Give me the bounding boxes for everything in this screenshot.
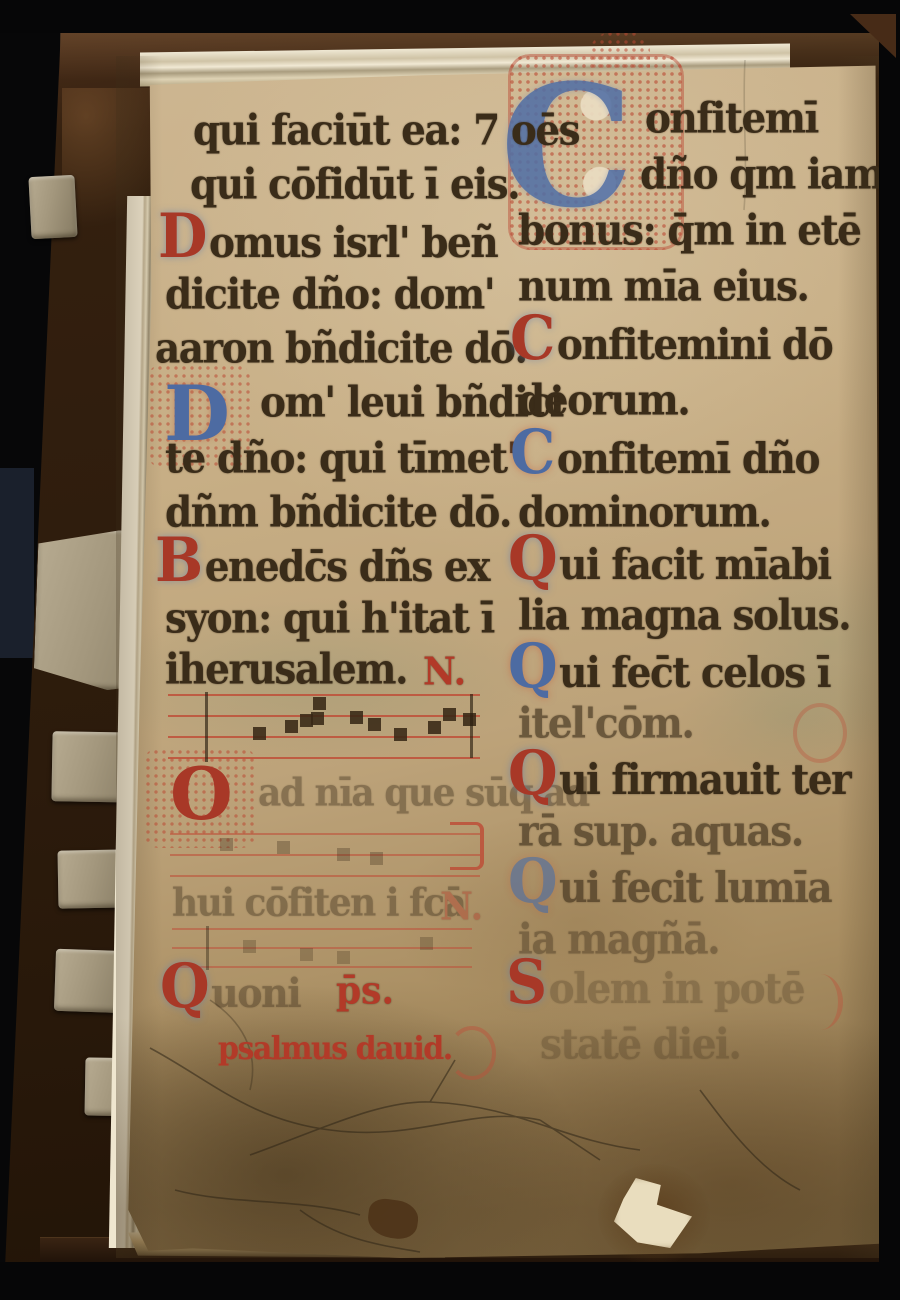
line-text: psalmus dauid. xyxy=(218,1030,452,1067)
text-line: Confitemī dño xyxy=(510,430,819,484)
line-text: omus isrl' beñ xyxy=(209,218,497,267)
square-neume xyxy=(313,697,326,710)
text-line: Confitemini dō xyxy=(510,316,832,370)
text-line: qui faciūt ea: 7 oēs xyxy=(193,106,579,155)
text-line: Qui fec̄t celos ī xyxy=(508,644,830,698)
text-line: iherusalem.N. xyxy=(165,645,407,694)
square-neume xyxy=(443,708,456,721)
rubric-mark: p̄s. xyxy=(336,968,394,1013)
line-text: enedc̄s dñs ex xyxy=(205,542,489,591)
illuminated-initial: C xyxy=(510,302,554,374)
line-text: dicite dño: dom' xyxy=(165,270,494,319)
square-neume xyxy=(285,720,298,733)
text-line: hui cōfiten i fcāN. xyxy=(172,880,465,925)
text-line: Solem in potē xyxy=(506,960,804,1014)
line-text: olem in potē xyxy=(549,964,804,1013)
text-line: Qui fecit lumīa xyxy=(508,859,831,913)
text-line: Quonip̄s. xyxy=(160,964,300,1016)
square-neume xyxy=(243,940,256,953)
text-line: Qui facit mīabi xyxy=(508,536,831,590)
text-line: Qui firmauit ter xyxy=(508,751,850,805)
line-text: iherusalem. xyxy=(165,645,407,694)
parchment-index-tab xyxy=(28,175,77,239)
text-line: psalmus dauid. xyxy=(218,1030,452,1067)
staff-line xyxy=(168,715,480,717)
square-neume xyxy=(277,841,290,854)
staff-line xyxy=(170,875,480,877)
illuminated-initial: Q xyxy=(508,737,556,809)
staff-line xyxy=(168,757,480,759)
text-line: qui cōfidūt ī eis. xyxy=(190,160,519,209)
line-text: num mīa eius. xyxy=(518,262,809,311)
square-neume xyxy=(394,728,407,741)
line-text: statē diei. xyxy=(540,1020,740,1069)
text-line: dño q̄m iam xyxy=(640,150,884,199)
line-text: onfitemī xyxy=(645,94,818,143)
rubric-mark: N. xyxy=(440,884,483,929)
staff-bar xyxy=(470,694,473,758)
line-text: te dño: qui tīmet' xyxy=(165,434,517,483)
line-text: ui facit mīabi xyxy=(559,540,830,589)
staff-line xyxy=(168,736,480,738)
staff-bar xyxy=(205,692,208,762)
rubric-mark: N. xyxy=(423,649,466,694)
illuminated-initial: Q xyxy=(508,522,556,594)
staff-line xyxy=(170,833,480,835)
square-neume xyxy=(370,852,383,865)
line-text: ia magñā. xyxy=(518,915,719,964)
photo-border-right xyxy=(879,33,900,1262)
illuminated-initial: D xyxy=(158,200,206,272)
line-text: syon: qui h'itat ī xyxy=(165,594,494,643)
line-text: ui firmauit ter xyxy=(559,755,850,804)
text-line: dñm bñdicite dō. xyxy=(165,488,511,537)
text-line: statē diei. xyxy=(540,1020,740,1069)
square-neume xyxy=(428,721,441,734)
text-line: num mīa eius. xyxy=(518,262,809,311)
illuminated-initial: S xyxy=(506,946,546,1018)
illuminated-initial: B xyxy=(155,524,202,596)
square-neume xyxy=(311,712,324,725)
text-line: te dño: qui tīmet' xyxy=(165,434,517,483)
illuminated-initial: Q xyxy=(160,950,208,1022)
line-text: dño q̄m iam xyxy=(640,150,884,199)
initial-letter: O xyxy=(170,758,233,830)
illuminated-initial: Q xyxy=(508,845,556,917)
line-text: hui cōfiten i fcā xyxy=(172,880,465,925)
square-neume xyxy=(337,951,350,964)
square-neume xyxy=(368,718,381,731)
line-text: qui cōfidūt ī eis. xyxy=(190,160,519,209)
line-text: aaron bñdicite dō. xyxy=(155,324,527,373)
manuscript-photo: C D O qui faciūt ea: 7 oēsqui cōfidūt ī … xyxy=(0,0,900,1300)
text-line: rā sup. aquas. xyxy=(518,807,803,856)
square-neume xyxy=(300,948,313,961)
text-line: syon: qui h'itat ī xyxy=(165,594,494,643)
square-neume xyxy=(253,727,266,740)
music-staff xyxy=(170,833,480,878)
text-line: dicite dño: dom' xyxy=(165,270,494,319)
line-text: onfitemī dño xyxy=(557,434,819,483)
ink-showthrough-curl xyxy=(448,1026,496,1080)
line-text: uoni xyxy=(211,968,300,1016)
text-line: Benedc̄s dñs ex xyxy=(155,538,489,592)
text-line: lia magna solus. xyxy=(518,591,850,640)
red-staff-bracket xyxy=(450,822,484,870)
text-line: Domus isrl' beñ xyxy=(158,214,497,268)
illuminated-initial: C xyxy=(510,416,554,488)
photo-border-top xyxy=(0,0,900,33)
square-neume xyxy=(420,937,433,950)
text-line: aaron bñdicite dō. xyxy=(155,324,527,373)
filigree-crown xyxy=(590,30,650,72)
text-line: onfitemī xyxy=(645,94,818,143)
line-text: ui fecit lumīa xyxy=(559,863,831,912)
line-text: lia magna solus. xyxy=(518,591,850,640)
square-neume xyxy=(350,711,363,724)
line-text: qui faciūt ea: 7 oēs xyxy=(193,106,579,155)
line-text: rā sup. aquas. xyxy=(518,807,803,856)
ink-showthrough-mark xyxy=(798,974,843,1030)
backdrop-shadow xyxy=(0,468,34,658)
square-neume xyxy=(220,838,233,851)
staff-line xyxy=(172,928,472,930)
staff-line xyxy=(170,854,480,856)
illuminated-initial: Q xyxy=(508,630,556,702)
photo-border-bottom xyxy=(0,1262,900,1300)
line-text: ui fec̄t celos ī xyxy=(559,648,830,697)
line-text: onfitemini dō xyxy=(557,320,832,369)
line-text: bonus: q̄m in etē xyxy=(518,206,860,255)
text-line: ia magñā. xyxy=(518,915,719,964)
square-neume xyxy=(337,848,350,861)
text-line: bonus: q̄m in etē xyxy=(518,206,860,255)
line-text: dñm bñdicite dō. xyxy=(165,488,511,537)
